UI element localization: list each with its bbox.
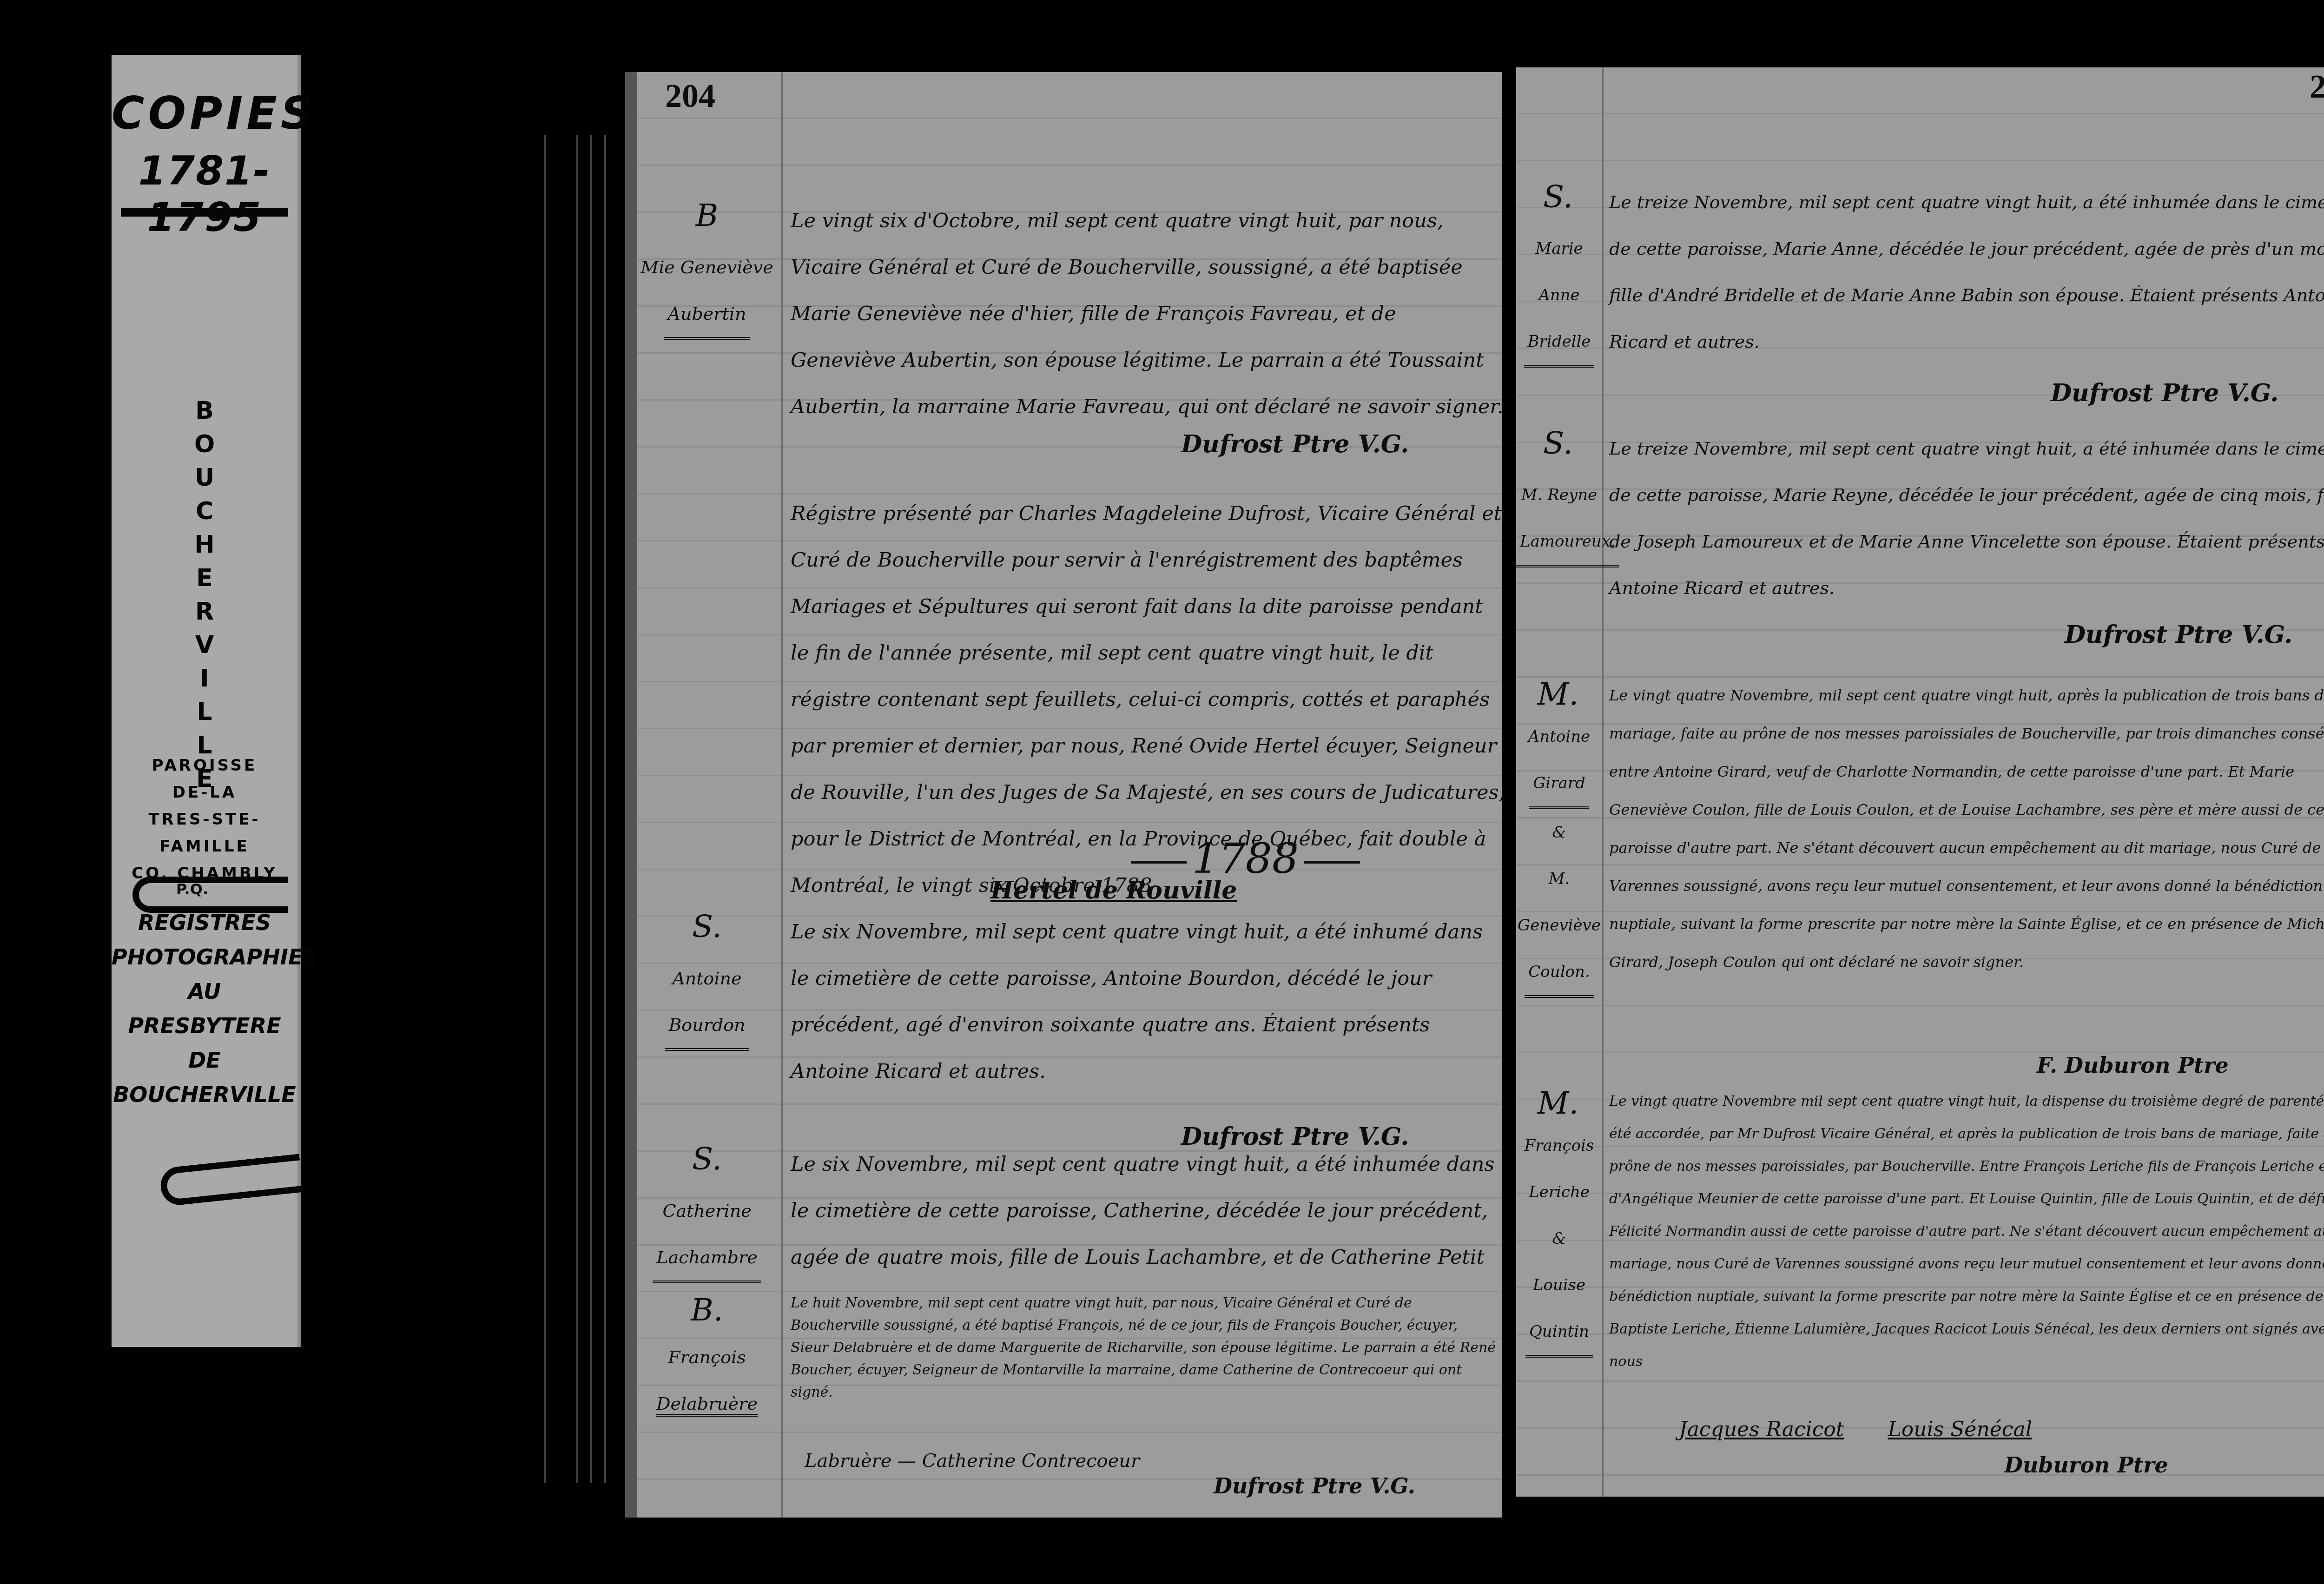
entry-type-code: B [637,198,777,233]
page-edge [590,135,592,1483]
entry-type-code: S. [637,1141,777,1177]
entry-subject-names: Antoine Bourdon [637,955,777,1051]
spine-label-text: PHOTOGRAPHIES [112,940,297,974]
entry-type-code: M. [1516,676,1600,712]
spine-label-card: COPIES 1781-1795 BOUCHERVILLE PAROISSEDE… [112,55,301,1347]
entry-subject-names: Catherine Lachambre [637,1188,777,1283]
witness-signatures: Labruère — Catherine Contrecoeur [805,1450,1140,1472]
spine-label-text: DE [112,1043,297,1077]
spine-label-text: O [112,428,297,461]
entry-signature: Duburon Ptre [2004,1452,2168,1478]
entry-type-code: S. [1516,425,1600,461]
entry-signature: Dufrost Ptre V.G. [1181,430,1409,458]
entry-subject-names: M. Reyne Lamoureux. [1516,472,1602,568]
entry-subject-names: Mie Geneviève Aubertin [637,244,777,340]
spine-rule [121,208,288,217]
page-number: 204 [665,77,715,115]
spine-label-text: E [112,561,297,595]
page-edge [576,135,578,1483]
book-gutter [1502,65,1517,1525]
year-heading: 1788 [1125,834,1366,883]
spine-register-lines: REGISTRESPHOTOGRAPHIESAUPRESBYTEREDEBOUC… [112,905,297,1112]
spine-label-text: PRESBYTERE [112,1009,297,1043]
page-edge [544,135,546,1483]
register-entry: B Mie Geneviève Aubertin Le vingt six d'… [637,198,1516,476]
entry-subject-names: Antoine Girard & M. Geneviève Coulon. [1516,713,1602,998]
margin-rule [1602,67,1604,1497]
spine-label-text: H [112,528,297,561]
entry-signature: F. Duburon Ptre [2037,1053,2229,1078]
spine-label-text: R [112,595,297,628]
entry-text: Le six Novembre, mil sept cent quatre vi… [791,909,1506,1095]
entry-text: Le huit Novembre, mil sept cent quatre v… [791,1292,1497,1404]
entry-subject-names: François Delabruère [637,1334,777,1427]
spine-label-text: V [112,628,297,662]
witness-signatures: Jacques Racicot Louis Sénécal [1679,1418,2032,1441]
spine-parish-vertical: BOUCHERVILLE [112,394,297,796]
spine-label-text: I [112,662,297,695]
spine-label-text: AU [112,974,297,1009]
spine-label-text: U [112,461,297,495]
spine-label-text: L [112,695,297,729]
spine-label-text: B [112,394,297,428]
spine-parish-lines: PAROISSEDE-LATRES-STE-FAMILLECO. CHAMBLY [112,752,297,887]
entry-signature: Dufrost Ptre V.G. [2051,379,2278,407]
paperclip-icon [158,1154,303,1207]
spine-years: 1781-1795 [112,148,297,241]
register-certification: Régistre présenté par Charles Magdeleine… [637,490,1516,909]
page-edge [604,135,606,1483]
entry-type-code: S. [1516,179,1600,215]
spine-label-text: REGISTRES [112,905,297,940]
spine-label-text: C [112,495,297,528]
entry-text: Le treize Novembre, mil sept cent quatre… [1609,179,2324,365]
right-page: 205 S. Marie Anne Bridelle Le treize Nov… [1516,67,2324,1497]
entry-signature: Dufrost Ptre V.G. [1214,1473,1415,1498]
spine-province: P.Q. [176,880,208,898]
entry-text: Le vingt quatre Novembre, mil sept cent … [1609,676,2324,981]
spine-label-text: TRES-STE-FAMILLE [112,806,297,860]
entry-type-code: B. [637,1292,777,1328]
register-entry: B. François Delabruère Le huit Novembre,… [637,1292,1516,1511]
entry-subject-names: Marie Anne Bridelle [1516,225,1602,368]
entry-text: Le treize Novembre, mil sept cent quatre… [1609,425,2324,611]
spine-label-text: DE-LA [112,779,297,806]
page-number: 205 [2310,67,2324,106]
spine-title: COPIES [112,87,297,139]
entry-text: Le vingt quatre Novembre mil sept cent q… [1609,1085,2324,1378]
spine-label-text: PAROISSE [112,752,297,779]
entry-signature: Dufrost Ptre V.G. [2065,620,2292,649]
spine-label-text: BOUCHERVILLE [112,1077,297,1112]
entry-text: Le vingt six d'Octobre, mil sept cent qu… [791,198,1506,430]
entry-type-code: S. [637,909,777,944]
entry-type-code: M. [1516,1085,1600,1121]
margin-rule [781,1292,783,1511]
entry-subject-names: François Leriche & Louise Quintin [1516,1122,1602,1358]
